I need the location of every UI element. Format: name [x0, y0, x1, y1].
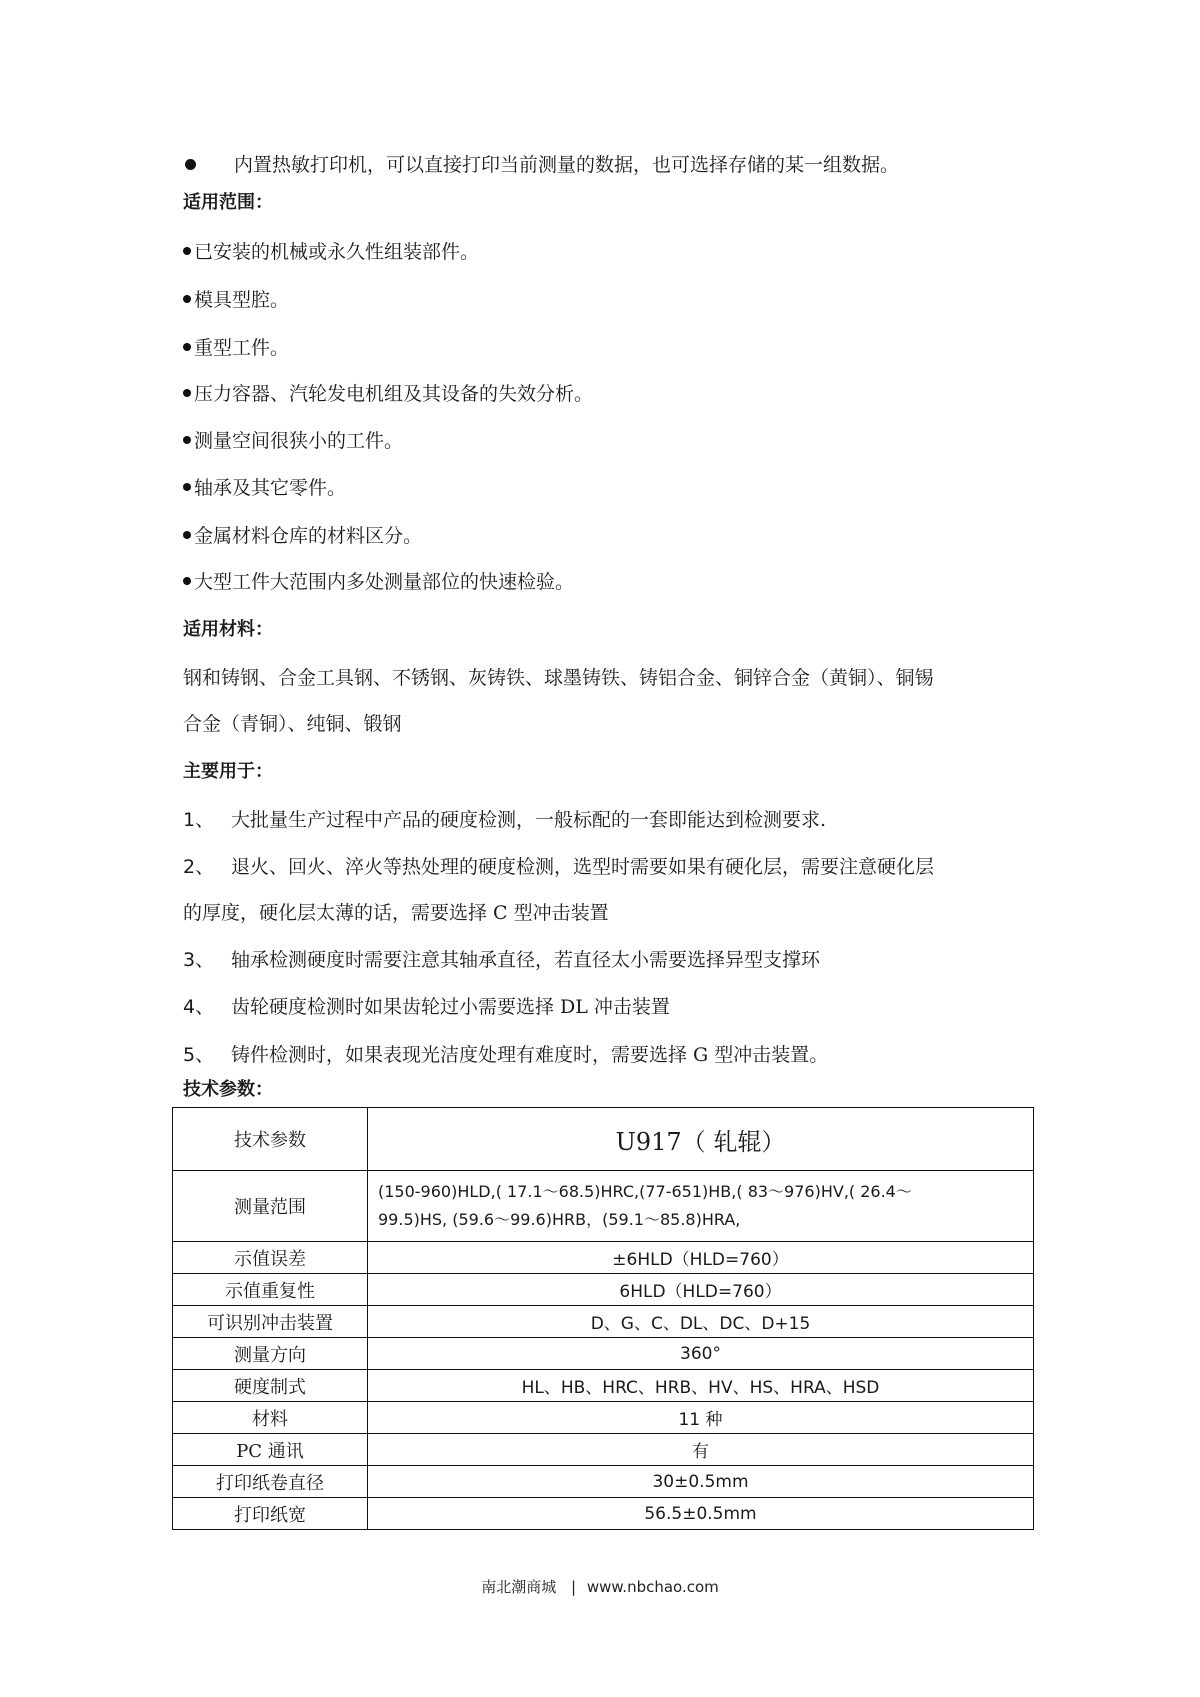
scope-item: 模具型腔。: [183, 288, 289, 312]
spec-key: 可识别冲击装置: [173, 1306, 368, 1338]
footer-site-name: 南北潮商城: [481, 1578, 556, 1596]
table-row: 示值重复性6HLD（HLD=760）: [173, 1274, 1034, 1306]
bullet-icon: [185, 159, 196, 170]
spec-key: 打印纸卷直径: [173, 1466, 368, 1498]
scope-item: 已安装的机械或永久性组装部件。: [183, 240, 479, 264]
materials-heading: 适用材料：: [183, 618, 273, 642]
spec-value: 30±0.5mm: [368, 1466, 1034, 1498]
bullet-icon: [183, 295, 191, 303]
bullet-icon: [183, 343, 191, 351]
table-row: 测量范围 (150-960)HLD,( 17.1～68.5)HRC,(77-65…: [173, 1171, 1034, 1242]
use-item: 4、齿轮硬度检测时如果齿轮过小需要选择 DL 冲击装置: [183, 995, 670, 1019]
table-row: 打印纸宽56.5±0.5mm: [173, 1498, 1034, 1530]
table-row: 硬度制式HL、HB、HRC、HRB、HV、HS、HRA、HSD: [173, 1370, 1034, 1402]
scope-item: 重型工件。: [183, 336, 289, 360]
table-header-row: 技术参数 U917（ 轧辊）: [173, 1108, 1034, 1171]
spec-key: 打印纸宽: [173, 1498, 368, 1530]
scope-heading: 适用范围：: [183, 191, 273, 215]
spec-table: 技术参数 U917（ 轧辊） 测量范围 (150-960)HLD,( 17.1～…: [172, 1107, 1034, 1530]
use-item: 5、铸件检测时，如果表现光洁度处理有难度时，需要选择 G 型冲击装置。: [183, 1043, 828, 1067]
use-item: 3、轴承检测硬度时需要注意其轴承直径，若直径太小需要选择异型支撑环: [183, 948, 820, 972]
uses-heading: 主要用于：: [183, 760, 273, 784]
spec-key: PC 通讯: [173, 1434, 368, 1466]
spec-value: HL、HB、HRC、HRB、HV、HS、HRA、HSD: [368, 1370, 1034, 1402]
table-row: 可识别冲击装置D、G、C、DL、DC、D+15: [173, 1306, 1034, 1338]
spec-key: 示值误差: [173, 1242, 368, 1274]
table-header-model: U917（ 轧辊）: [368, 1108, 1034, 1171]
spec-value: 有: [368, 1434, 1034, 1466]
table-row: 打印纸卷直径30±0.5mm: [173, 1466, 1034, 1498]
bullet-icon: [183, 436, 191, 444]
spec-key: 材料: [173, 1402, 368, 1434]
spec-value: ±6HLD（HLD=760）: [368, 1242, 1034, 1274]
materials-text-line1: 钢和铸钢、合金工具钢、不锈钢、灰铸铁、球墨铸铁、铸铝合金、铜锌合金（黄铜）、铜锡: [183, 666, 934, 690]
use-item: 1、大批量生产过程中产品的硬度检测，一般标配的一套即能达到检测要求.: [183, 808, 826, 832]
spec-key: 测量方向: [173, 1338, 368, 1370]
scope-item: 轴承及其它零件。: [183, 476, 346, 500]
spec-value: D、G、C、DL、DC、D+15: [368, 1306, 1034, 1338]
spec-key: 测量范围: [173, 1171, 368, 1242]
table-header-key: 技术参数: [173, 1108, 368, 1171]
bullet-icon: [183, 531, 191, 539]
materials-text-line2: 合金（青铜）、纯铜、锻钢: [183, 712, 402, 736]
spec-value: 11 种: [368, 1402, 1034, 1434]
scope-item: 测量空间很狭小的工件。: [183, 429, 403, 453]
scope-item: 大型工件大范围内多处测量部位的快速检验。: [183, 570, 574, 594]
spec-key: 硬度制式: [173, 1370, 368, 1402]
specs-heading: 技术参数：: [183, 1078, 273, 1102]
use-item-continuation: 的厚度，硬化层太薄的话，需要选择 C 型冲击装置: [183, 901, 609, 925]
scope-item: 压力容器、汽轮发电机组及其设备的失效分析。: [183, 382, 593, 406]
spec-value: 6HLD（HLD=760）: [368, 1274, 1034, 1306]
footer-url-link[interactable]: www.nbchao.com: [587, 1578, 719, 1596]
bullet-icon: [183, 389, 191, 397]
page-footer: 南北潮商城 | www.nbchao.com: [0, 1576, 1200, 1597]
footer-separator: |: [571, 1578, 576, 1596]
table-row: PC 通讯有: [173, 1434, 1034, 1466]
bullet-icon: [183, 577, 191, 585]
spec-value: (150-960)HLD,( 17.1～68.5)HRC,(77-651)HB,…: [368, 1171, 1034, 1242]
use-item: 2、退火、回火、淬火等热处理的硬度检测，选型时需要如果有硬化层，需要注意硬化层: [183, 855, 934, 879]
table-row: 材料11 种: [173, 1402, 1034, 1434]
bullet-icon: [183, 483, 191, 491]
intro-bullet: 内置热敏打印机，可以直接打印当前测量的数据，也可选择存储的某一组数据。: [183, 153, 899, 177]
bullet-icon: [183, 247, 191, 255]
spec-key: 示值重复性: [173, 1274, 368, 1306]
spec-value: 360°: [368, 1338, 1034, 1370]
intro-text: 内置热敏打印机，可以直接打印当前测量的数据，也可选择存储的某一组数据。: [234, 154, 899, 176]
spec-value: 56.5±0.5mm: [368, 1498, 1034, 1530]
scope-item: 金属材料仓库的材料区分。: [183, 524, 422, 548]
table-row: 示值误差±6HLD（HLD=760）: [173, 1242, 1034, 1274]
table-row: 测量方向360°: [173, 1338, 1034, 1370]
